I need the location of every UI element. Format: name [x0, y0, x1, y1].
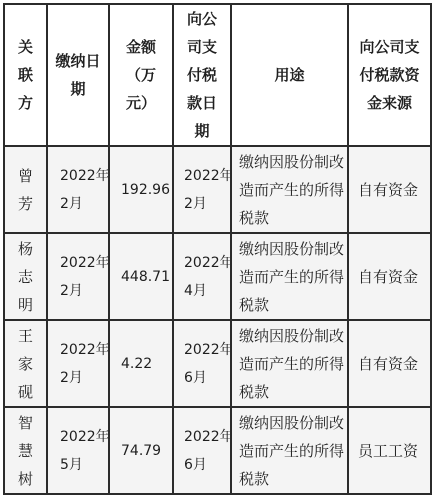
- cell-party: 智慧树: [4, 407, 47, 494]
- purpose-text: 缴纳因股份制改造而产生的所得税款: [239, 235, 344, 319]
- pay-date-value: 2022年2月: [60, 336, 109, 392]
- col-header-tax-date: 向公司支付税款日期: [173, 4, 231, 146]
- purpose-text: 缴纳因股份制改造而产生的所得税款: [239, 409, 344, 493]
- tax-date-value: 2022年6月: [184, 423, 231, 479]
- table-row: 王家砚 2022年2月 4.22 2022年6月 缴纳因股份制改造而产生的所得税…: [4, 320, 431, 407]
- party-name: 曾芳: [18, 162, 34, 218]
- purpose-text: 缴纳因股份制改造而产生的所得税款: [239, 322, 344, 406]
- tax-date-value: 2022年4月: [184, 249, 231, 305]
- cell-pay-date: 2022年2月: [47, 233, 109, 320]
- table-row: 曾芳 2022年2月 192.96 2022年2月 缴纳因股份制改造而产生的所得…: [4, 146, 431, 233]
- tax-date-value: 2022年2月: [184, 162, 231, 218]
- tax-date-value: 2022年6月: [184, 336, 231, 392]
- cell-party: 杨志明: [4, 233, 47, 320]
- col-header-purpose: 用途: [231, 4, 348, 146]
- document-page: 关联方 缴纳日期 金额（万元） 向公司支付税款日期 用途 向公司支付税款资金来源…: [0, 0, 434, 496]
- cell-purpose: 缴纳因股份制改造而产生的所得税款: [231, 407, 348, 494]
- cell-pay-date: 2022年5月: [47, 407, 109, 494]
- related-party-tax-table: 关联方 缴纳日期 金额（万元） 向公司支付税款日期 用途 向公司支付税款资金来源…: [3, 3, 432, 495]
- col-header-amount: 金额（万元）: [109, 4, 173, 146]
- cell-amount: 4.22: [109, 320, 173, 407]
- col-header-purpose-label: 用途: [274, 66, 304, 84]
- col-header-pay-date-label: 缴纳日期: [54, 47, 101, 103]
- table-row: 杨志明 2022年2月 448.71 2022年4月 缴纳因股份制改造而产生的所…: [4, 233, 431, 320]
- cell-tax-date: 2022年6月: [173, 407, 231, 494]
- col-header-tax-date-label: 向公司支付税款日期: [186, 5, 218, 145]
- col-header-fund-source: 向公司支付税款资金来源: [348, 4, 431, 146]
- col-header-amount-label: 金额（万元）: [125, 33, 157, 117]
- cell-fund-source: 员工工资: [348, 407, 431, 494]
- cell-party: 曾芳: [4, 146, 47, 233]
- cell-party: 王家砚: [4, 320, 47, 407]
- cell-tax-date: 2022年6月: [173, 320, 231, 407]
- party-name: 杨志明: [18, 235, 34, 319]
- pay-date-value: 2022年2月: [60, 162, 109, 218]
- cell-purpose: 缴纳因股份制改造而产生的所得税款: [231, 146, 348, 233]
- party-name: 王家砚: [18, 322, 34, 406]
- cell-fund-source: 自有资金: [348, 320, 431, 407]
- cell-amount: 192.96: [109, 146, 173, 233]
- pay-date-value: 2022年5月: [60, 423, 109, 479]
- cell-pay-date: 2022年2月: [47, 320, 109, 407]
- party-name: 智慧树: [18, 409, 34, 493]
- cell-amount: 74.79: [109, 407, 173, 494]
- header-row: 关联方 缴纳日期 金额（万元） 向公司支付税款日期 用途 向公司支付税款资金来源: [4, 4, 431, 146]
- cell-pay-date: 2022年2月: [47, 146, 109, 233]
- cell-tax-date: 2022年4月: [173, 233, 231, 320]
- col-header-pay-date: 缴纳日期: [47, 4, 109, 146]
- col-header-fund-source-label: 向公司支付税款资金来源: [358, 33, 421, 117]
- cell-purpose: 缴纳因股份制改造而产生的所得税款: [231, 233, 348, 320]
- cell-purpose: 缴纳因股份制改造而产生的所得税款: [231, 320, 348, 407]
- col-header-related-party: 关联方: [4, 4, 47, 146]
- purpose-text: 缴纳因股份制改造而产生的所得税款: [239, 148, 344, 232]
- cell-amount: 448.71: [109, 233, 173, 320]
- col-header-related-party-label: 关联方: [18, 33, 34, 117]
- table-row: 智慧树 2022年5月 74.79 2022年6月 缴纳因股份制改造而产生的所得…: [4, 407, 431, 494]
- pay-date-value: 2022年2月: [60, 249, 109, 305]
- cell-fund-source: 自有资金: [348, 233, 431, 320]
- cell-tax-date: 2022年2月: [173, 146, 231, 233]
- cell-fund-source: 自有资金: [348, 146, 431, 233]
